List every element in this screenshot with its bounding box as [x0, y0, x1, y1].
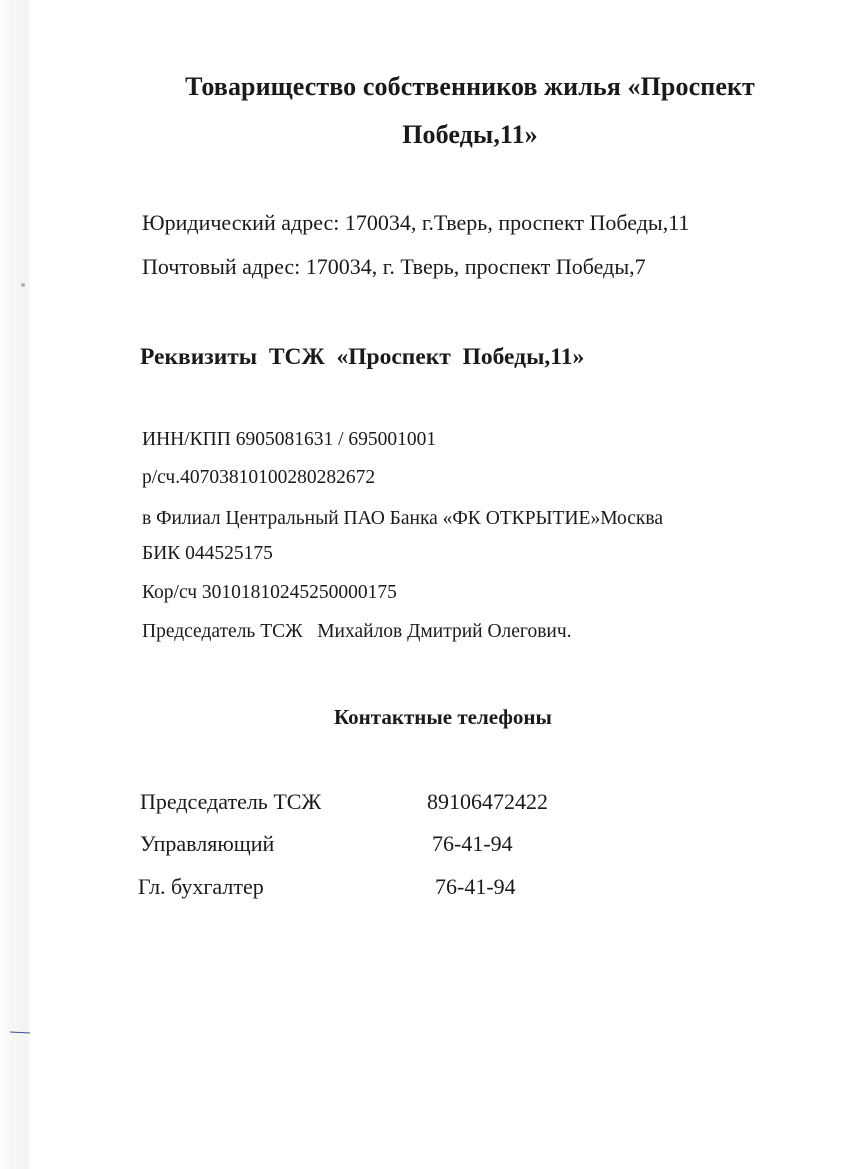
scan-speck [21, 283, 25, 287]
contact-role: Председатель ТСЖ [140, 789, 321, 815]
contact-role: Гл. бухгалтер [138, 874, 264, 900]
contact-phone: 89106472422 [427, 789, 548, 815]
contact-phone: 76-41-94 [432, 831, 513, 857]
contacts-heading: Контактные телефоны [334, 705, 552, 730]
bank-account: р/сч.40703810100280282672 [142, 467, 375, 489]
bank-name: в Филиал Центральный ПАО Банка «ФК ОТКРЫ… [142, 508, 663, 530]
legal-address: Юридический адрес: 170034, г.Тверь, прос… [142, 210, 689, 236]
inn-kpp: ИНН/КПП 6905081631 / 695001001 [142, 429, 436, 451]
requisites-heading: Реквизиты ТСЖ «Проспект Победы,11» [140, 344, 584, 371]
contact-phone: 76-41-94 [435, 874, 516, 900]
document-title-line-1: Товарищество собственников жилья «Проспе… [45, 72, 850, 102]
contact-role: Управляющий [140, 831, 274, 857]
correspondent-account: Кор/сч 30101810245250000175 [142, 582, 397, 604]
chairman: Председатель ТСЖ Михайлов Дмитрий Олегов… [142, 621, 572, 643]
scan-left-edge [0, 0, 30, 1169]
bik: БИК 044525175 [142, 543, 273, 565]
postal-address: Почтовый адрес: 170034, г. Тверь, проспе… [142, 254, 646, 280]
document-title-line-2: Победы,11» [45, 120, 850, 150]
